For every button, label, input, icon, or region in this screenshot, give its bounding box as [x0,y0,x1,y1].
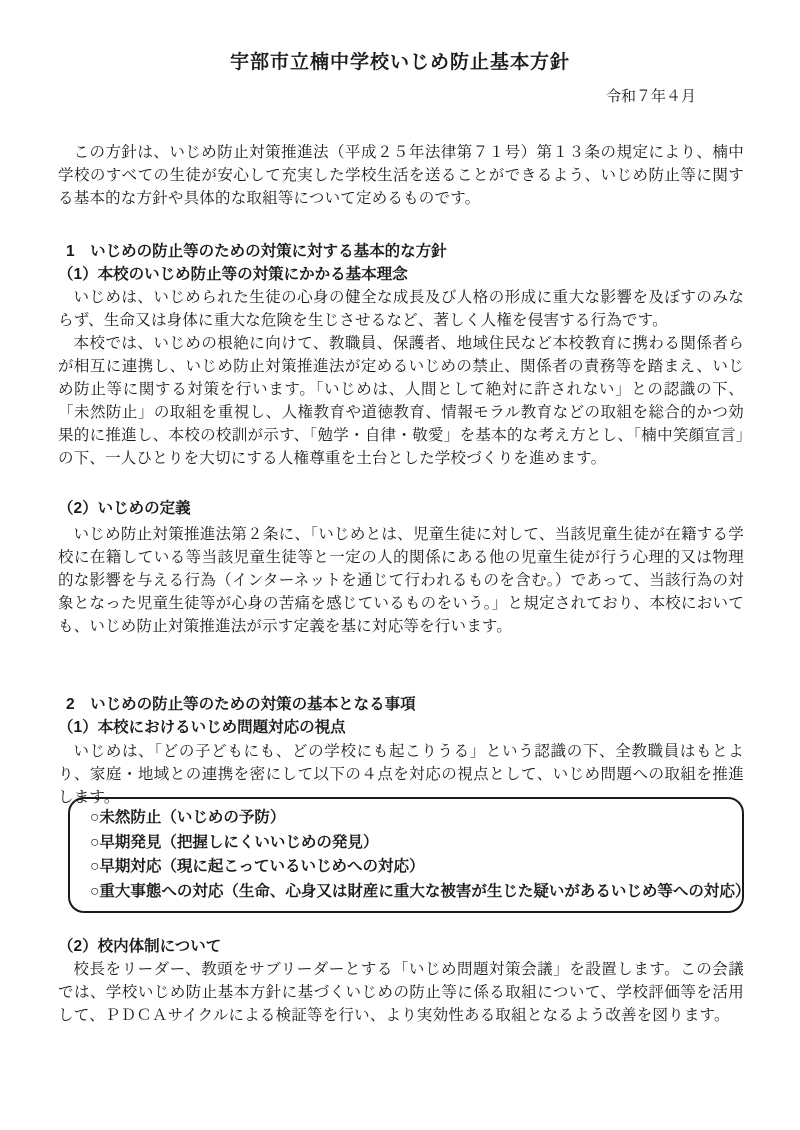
section1-sub1-heading: （1）本校のいじめ防止等の対策にかかる基本理念 [58,263,744,286]
document-page: 宇部市立楠中学校いじめ防止基本方針 令和７年４月 この方針は、いじめ防止対策推進… [0,0,800,1130]
section1-sub1-para2: 本校では、いじめの根絶に向けて、教職員、保護者、地域住民など本校教育に携わる関係… [58,332,744,470]
section1-heading: 1 いじめの防止等のための対策に対する基本的な方針 [58,240,744,263]
section2-sub2-heading: （2）校内体制について [58,935,744,958]
viewpoint-item-serious-situations: ○重大事態への対応（生命、心身又は財産に重大な被害が生じた疑いがあるいじめ等への… [90,880,734,905]
section2-heading: 2 いじめの防止等のための対策の基本となる事項 [58,693,744,716]
section1-sub2-para1: いじめ防止対策推進法第２条に、「いじめとは、児童生徒に対して、当該児童生徒が在籍… [58,523,744,638]
section2-sub1-heading: （1）本校におけるいじめ問題対応の視点 [58,716,744,739]
viewpoint-box: ○未然防止（いじめの予防） ○早期発見（把握しにくいいじめの発見） ○早期対応（… [68,797,744,913]
section2-sub2-body: 校長をリーダー、教頭をサブリーダーとする「いじめ問題対策会議」を設置します。この… [58,958,744,1027]
document-title: 宇部市立楠中学校いじめ防止基本方針 [0,50,800,76]
section1-sub2-heading: （2）いじめの定義 [58,497,744,520]
section2-sub2-para1: 校長をリーダー、教頭をサブリーダーとする「いじめ問題対策会議」を設置します。この… [58,958,744,1027]
viewpoint-item-early-detection: ○早期発見（把握しにくいいじめの発見） [90,831,734,856]
intro-paragraph: この方針は、いじめ防止対策推進法（平成２５年法律第７１号）第１３条の規定により、… [58,141,744,210]
section1-sub1-body: いじめは、いじめられた生徒の心身の健全な成長及び人格の形成に重大な影響を及ぼすの… [58,286,744,470]
viewpoint-item-prevention: ○未然防止（いじめの予防） [90,806,734,831]
section1-sub1-para1: いじめは、いじめられた生徒の心身の健全な成長及び人格の形成に重大な影響を及ぼすの… [58,286,744,332]
document-date: 令和７年４月 [606,86,696,108]
intro-text: この方針は、いじめ防止対策推進法（平成２５年法律第７１号）第１３条の規定により、… [58,141,744,210]
section1-sub2-body: いじめ防止対策推進法第２条に、「いじめとは、児童生徒に対して、当該児童生徒が在籍… [58,523,744,638]
viewpoint-item-early-response: ○早期対応（現に起こっているいじめへの対応） [90,855,734,880]
